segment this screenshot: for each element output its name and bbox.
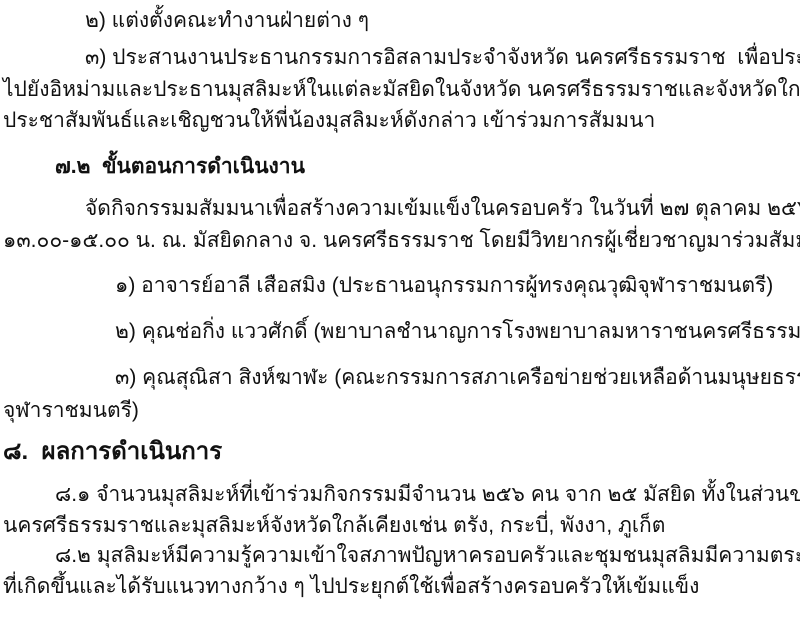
item-2-appoint-committees: ๒) แต่งตั้งคณะทำงานฝ่ายต่าง ๆ <box>85 6 369 36</box>
result-8-2-line-2: ที่เกิดขึ้นและได้รับแนวทางกว้าง ๆ ไปประย… <box>3 572 699 602</box>
result-8-2-line-1: ๘.๒ มุสลิมะห์มีความรู้ความเข้าใจสภาพปัญห… <box>55 541 800 571</box>
speaker-item-3-line-1: ๓) คุณสุณิสา สิงห์ฆาฬะ (คณะกรรมการสภาเคร… <box>115 363 800 393</box>
item-3-coordination-line-1: ๓) ประสานงานประธานกรรมการอิสลามประจำจังห… <box>85 43 800 73</box>
result-8-1-line-2: นครศรีธรรมราชและมุสลิมะห์จังหวัดใกล้เคีย… <box>3 511 665 541</box>
section-7-2-heading: ๗.๒ ขั้นตอนการดำเนินงาน <box>55 152 305 182</box>
section-8-heading: ๘. ผลการดำเนินการ <box>3 437 222 467</box>
document-page: ๒) แต่งตั้งคณะทำงานฝ่ายต่าง ๆ ๓) ประสานง… <box>0 0 800 626</box>
speaker-item-1: ๑) อาจารย์อาลี เสือสมิง (ประธานอนุกรรมกา… <box>115 271 773 301</box>
seminar-activity-line-2: ๑๓.๐๐-๑๕.๐๐ น. ณ. มัสยิดกลาง จ. นครศรีธร… <box>3 226 800 256</box>
seminar-activity-line-1: จัดกิจกรรมมสัมมนาเพื่อสร้างความเข้มแข็งใ… <box>85 194 800 224</box>
item-3-coordination-line-3: ประชาสัมพันธ์และเชิญชวนให้พี่น้องมุสลิมะ… <box>3 106 655 136</box>
speaker-item-2: ๒) คุณช่อกิ่ง แววศักดิ์ (พยาบาลชำนาญการโ… <box>115 317 800 347</box>
result-8-1-line-1: ๘.๑ จำนวนมุสลิมะห์ที่เข้าร่วมกิจกรรมมีจำ… <box>55 480 800 510</box>
item-3-coordination-line-2: ไปยังอิหม่ามและประธานมุสลิมะห์ในแต่ละมัส… <box>3 75 800 105</box>
speaker-item-3-line-2: จุฬาราชมนตรี) <box>3 396 139 426</box>
